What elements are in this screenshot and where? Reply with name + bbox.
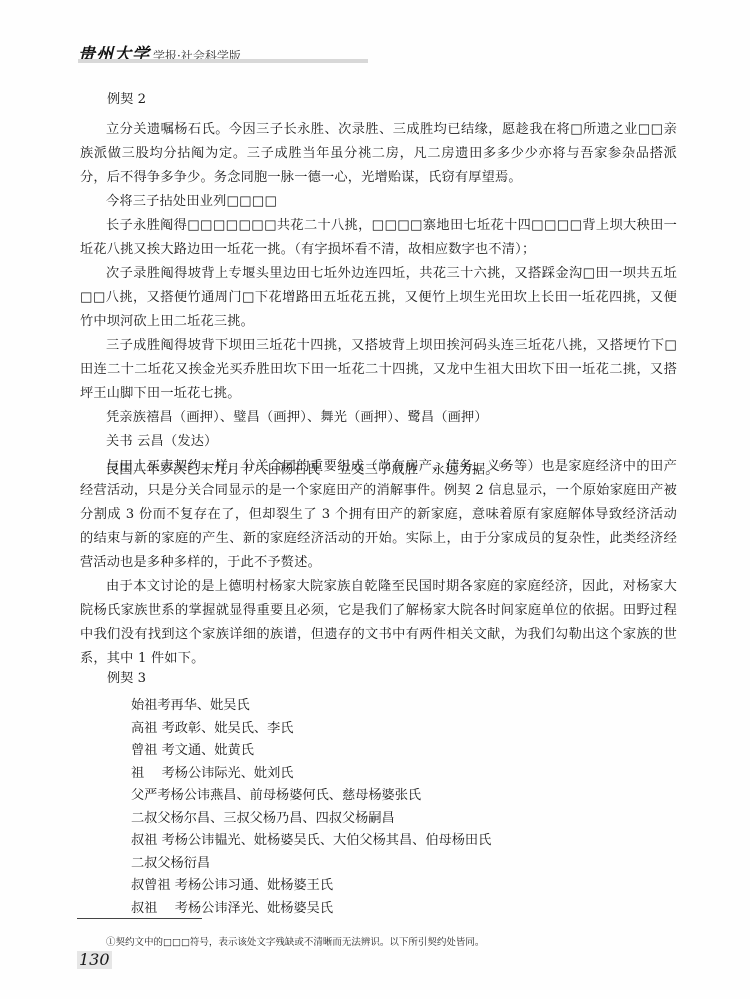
genealogy-line: 高祖 考政彰、妣吴氏、李氏 [131, 718, 491, 741]
example-3-label: 例契 3 [107, 667, 146, 686]
body-text: 与田土买卖契约一样，分关合同的重要组成（尚有房产、债务、义务等）也是家庭经济中的… [80, 455, 677, 671]
header-rule [78, 59, 368, 63]
contract-paragraph: 今将三子拈处田业列□□□□ [80, 190, 677, 214]
contract-paragraph: 立分关遗嘱杨石氏。今因三子长永胜、次录胜、三成胜均已结缘，愿趁我在将□所遗之业□… [80, 118, 677, 190]
example-2-label: 例契 2 [107, 88, 146, 107]
body-paragraph: 由于本文讨论的是上德明村杨家大院家族自乾隆至民国时期各家庭的家庭经济，因此，对杨… [80, 575, 677, 671]
contract-scribe: 关书 云昌（发达） [80, 430, 677, 454]
body-paragraph: 与田土买卖契约一样，分关合同的重要组成（尚有房产、债务、义务等）也是家庭经济中的… [80, 455, 677, 575]
footnote-separator [77, 918, 202, 919]
example-2-body: 立分关遗嘱杨石氏。今因三子长永胜、次录胜、三成胜均已结缘，愿趁我在将□所遗之业□… [80, 118, 677, 482]
contract-paragraph: 三子成胜阄得坡背下坝田三坵花十四挑，又搭坡背上坝田挨河码头连三坵花八挑，又搭埂竹… [80, 334, 677, 406]
genealogy-list: 始祖考再华、妣吴氏 高祖 考政彰、妣吴氏、李氏 曾祖 考文通、妣黄氏 祖 考杨公… [131, 695, 491, 920]
genealogy-line: 祖 考杨公讳际光、妣刘氏 [131, 763, 491, 786]
genealogy-line: 二叔父杨尔昌、三叔父杨乃昌、四叔父杨嗣昌 [131, 808, 491, 831]
genealogy-line: 二叔父杨衍昌 [131, 853, 491, 876]
running-header: 贵州大学学报·社会科学版 [78, 40, 368, 65]
genealogy-line: 叔祖 考杨公讳泽光、妣杨婆吴氏 [131, 898, 491, 921]
contract-paragraph: 次子录胜阄得坡背上专堰头里边田七坵外边连四坵，共花三十六挑，又搭踩金沟□田一坝共… [80, 262, 677, 334]
footnote: ①契约文中的□□□符号，表示该处文字残缺或不清晰而无法辨识。以下所引契约处皆同。 [106, 934, 484, 948]
genealogy-line: 始祖考再华、妣吴氏 [131, 695, 491, 718]
contract-paragraph: 长子永胜阄得□□□□□□□共花二十八挑，□□□□寨地田七坵花十四□□□□背上坝大… [80, 214, 677, 262]
page-number: 130 [77, 951, 112, 969]
contract-witnesses: 凭亲族禧昌（画押）、璧昌（画押）、舞光（画押）、鹭昌（画押） [80, 406, 677, 430]
genealogy-line: 曾祖 考文通、妣黄氏 [131, 740, 491, 763]
genealogy-line: 父严考杨公讳燕昌、前母杨婆何氏、慈母杨婆张氏 [131, 785, 491, 808]
journal-page: 贵州大学学报·社会科学版 例契 2 立分关遗嘱杨石氏。今因三子长永胜、次录胜、三… [0, 0, 750, 999]
genealogy-line: 叔祖 考杨公讳韫光、妣杨婆吴氏、大伯父杨其昌、伯母杨田氏 [131, 830, 491, 853]
genealogy-line: 叔曾祖 考杨公讳习通、妣杨婆王氏 [131, 875, 491, 898]
